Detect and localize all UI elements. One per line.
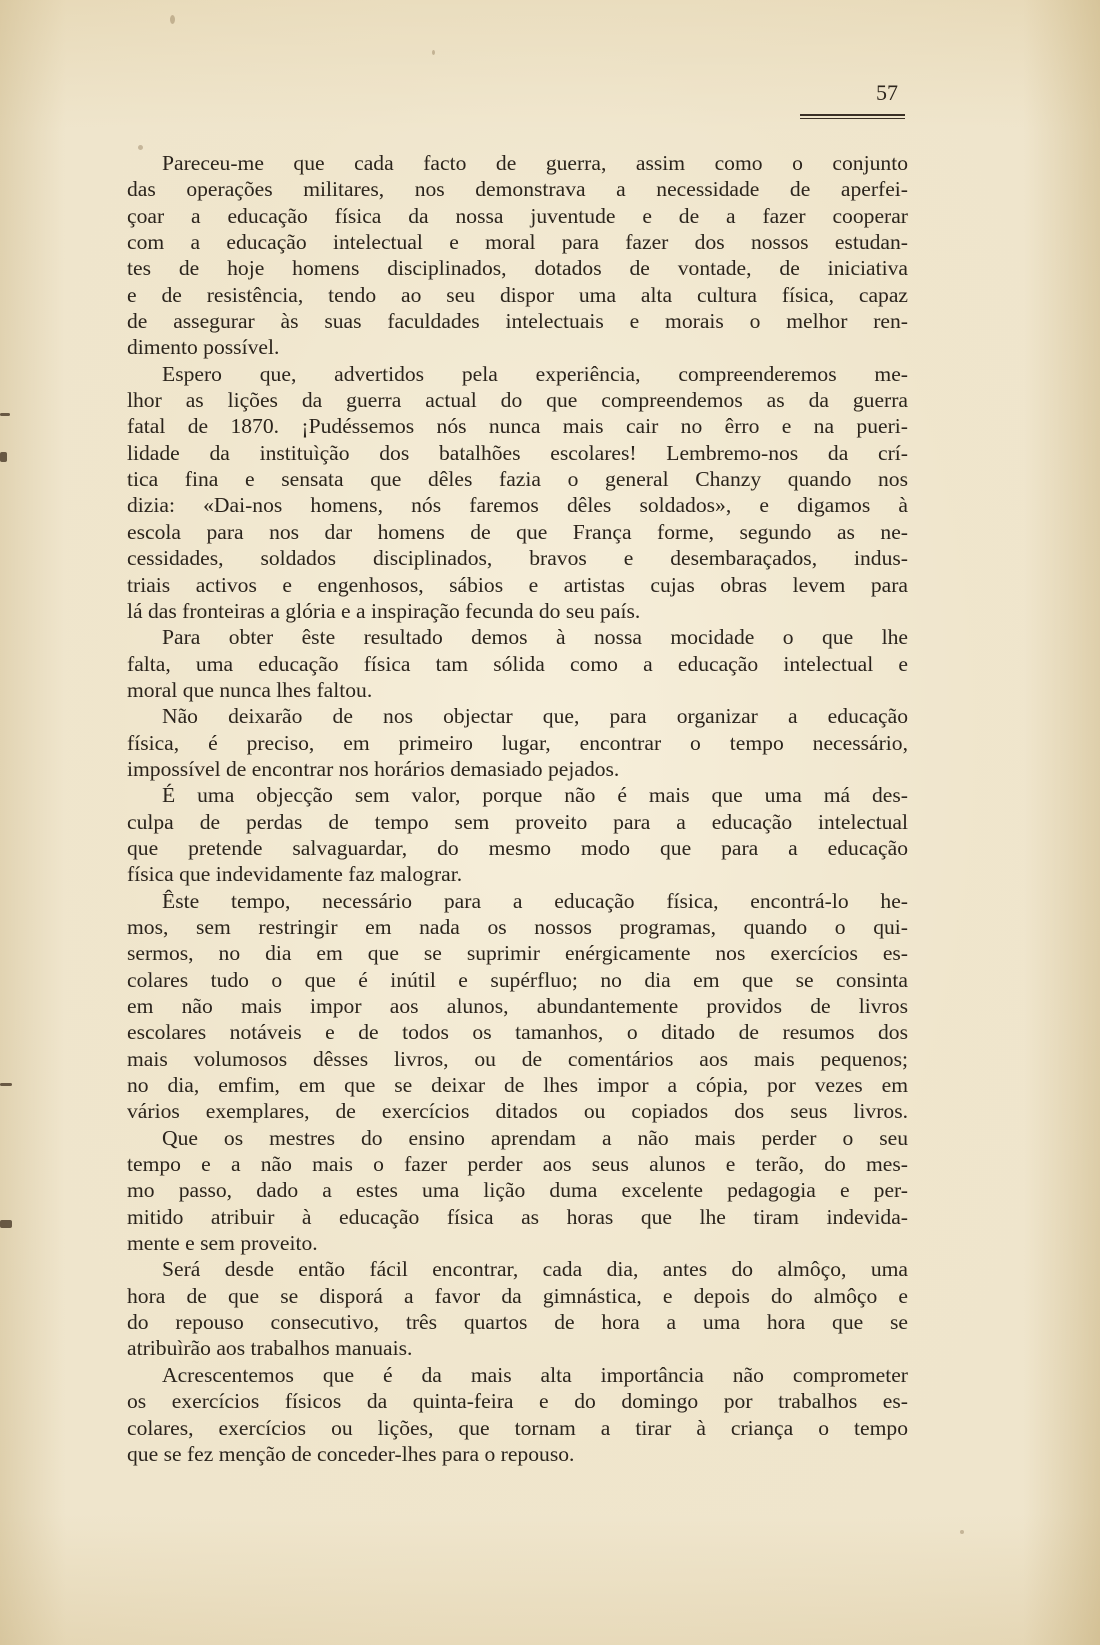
- text-line: os exercícios físicos da quinta-feira e …: [127, 1388, 908, 1414]
- text-line: tempo e a não mais o fazer perder aos se…: [127, 1151, 908, 1177]
- text-line: de assegurar às suas faculdades intelect…: [127, 308, 908, 334]
- text-line: çoar a educação física da nossa juventud…: [127, 203, 908, 229]
- text-line: mos, sem restringir em nada os nossos pr…: [127, 914, 908, 940]
- text-line: com a educação intelectual e moral para …: [127, 229, 908, 255]
- text-line: que se fez menção de conceder-lhes para …: [127, 1441, 908, 1467]
- paragraph-9: Acrescentemos que é da mais alta importâ…: [127, 1362, 908, 1467]
- paper-speck: [170, 15, 175, 24]
- text-line: Será desde então fácil encontrar, cada d…: [127, 1256, 908, 1282]
- paragraph-8: Será desde então fácil encontrar, cada d…: [127, 1256, 908, 1361]
- text-line: lá das fronteiras a glória e a inspiraçã…: [127, 598, 908, 624]
- text-line: Êste tempo, necessário para a educação f…: [127, 888, 908, 914]
- text-line: das operações militares, nos demonstrava…: [127, 176, 908, 202]
- text-line: colares tudo o que é inútil e supérfluo;…: [127, 967, 908, 993]
- text-line: dimento possível.: [127, 334, 908, 360]
- text-line: lidade da instituìção dos batalhões esco…: [127, 440, 908, 466]
- text-line: sermos, no dia em que se suprimir enérgi…: [127, 940, 908, 966]
- body-text: Pareceu-me que cada facto de guerra, ass…: [127, 150, 908, 1467]
- text-line: mente e sem proveito.: [127, 1230, 908, 1256]
- paper-speck: [432, 50, 435, 55]
- paragraph-2: Espero que, advertidos pela experiência,…: [127, 361, 908, 624]
- text-line: vários exemplares, de exercícios ditados…: [127, 1098, 908, 1124]
- text-line: lhor as lições da guerra actual do que c…: [127, 387, 908, 413]
- text-line: no dia, emfim, em que se deixar de lhes …: [127, 1072, 908, 1098]
- text-line: atribuìrão aos trabalhos manuais.: [127, 1335, 908, 1361]
- paragraph-1: Pareceu-me que cada facto de guerra, ass…: [127, 150, 908, 361]
- text-line: fatal de 1870. ¡Pudéssemos nós nunca mai…: [127, 413, 908, 439]
- text-line: mais volumosos dêsses livros, ou de come…: [127, 1046, 908, 1072]
- text-line: colares, exercícios ou lições, que torna…: [127, 1415, 908, 1441]
- text-line: tes de hoje homens disciplinados, dotado…: [127, 255, 908, 281]
- text-line: Acrescentemos que é da mais alta importâ…: [127, 1362, 908, 1388]
- text-line: que pretende salvaguardar, do mesmo modo…: [127, 835, 908, 861]
- text-line: física que indevidamente faz malograr.: [127, 861, 908, 887]
- text-line: em não mais impor aos alunos, abundantem…: [127, 993, 908, 1019]
- text-line: falta, uma educação física tam sólida co…: [127, 651, 908, 677]
- text-line: dizia: «Dai-nos homens, nós faremos dêle…: [127, 492, 908, 518]
- text-line: cessidades, soldados disciplinados, brav…: [127, 545, 908, 571]
- text-line: Espero que, advertidos pela experiência,…: [127, 361, 908, 387]
- scan-artifact: [0, 1083, 12, 1086]
- text-line: Não deixarão de nos objectar que, para o…: [127, 703, 908, 729]
- scan-artifact: [0, 452, 7, 462]
- text-line: escolares notáveis e de todos os tamanho…: [127, 1019, 908, 1045]
- paragraph-6: Êste tempo, necessário para a educação f…: [127, 888, 908, 1125]
- text-line: física, é preciso, em primeiro lugar, en…: [127, 730, 908, 756]
- paragraph-7: Que os mestres do ensino aprendam a não …: [127, 1125, 908, 1257]
- text-line: escola para nos dar homens de que França…: [127, 519, 908, 545]
- text-line: do repouso consecutivo, três quartos de …: [127, 1309, 908, 1335]
- page-number-double-rule: [800, 114, 905, 119]
- text-line: mitido atribuir à educação física as hor…: [127, 1204, 908, 1230]
- text-line: e de resistência, tendo ao seu dispor um…: [127, 282, 908, 308]
- text-line: mo passo, dado a estes uma lição duma ex…: [127, 1177, 908, 1203]
- paragraph-5: É uma objecção sem valor, porque não é m…: [127, 782, 908, 887]
- book-page: 57 Pareceu-me que cada facto de guerra, …: [0, 0, 1100, 1645]
- text-line: culpa de perdas de tempo sem proveito pa…: [127, 809, 908, 835]
- text-line: hora de que se disporá a favor da gimnás…: [127, 1283, 908, 1309]
- text-line: Pareceu-me que cada facto de guerra, ass…: [127, 150, 908, 176]
- text-line: impossível de encontrar nos horários dem…: [127, 756, 908, 782]
- paragraph-3: Para obter êste resultado demos à nossa …: [127, 624, 908, 703]
- text-line: Para obter êste resultado demos à nossa …: [127, 624, 908, 650]
- scan-artifact: [0, 413, 10, 416]
- scan-artifact: [0, 1220, 12, 1228]
- text-line: É uma objecção sem valor, porque não é m…: [127, 782, 908, 808]
- text-line: tica fina e sensata que dêles fazia o ge…: [127, 466, 908, 492]
- text-line: moral que nunca lhes faltou.: [127, 677, 908, 703]
- paper-speck: [960, 1530, 964, 1534]
- text-line: triais activos e engenhosos, sábios e ar…: [127, 572, 908, 598]
- paragraph-4: Não deixarão de nos objectar que, para o…: [127, 703, 908, 782]
- page-number: 57: [838, 80, 898, 106]
- text-line: Que os mestres do ensino aprendam a não …: [127, 1125, 908, 1151]
